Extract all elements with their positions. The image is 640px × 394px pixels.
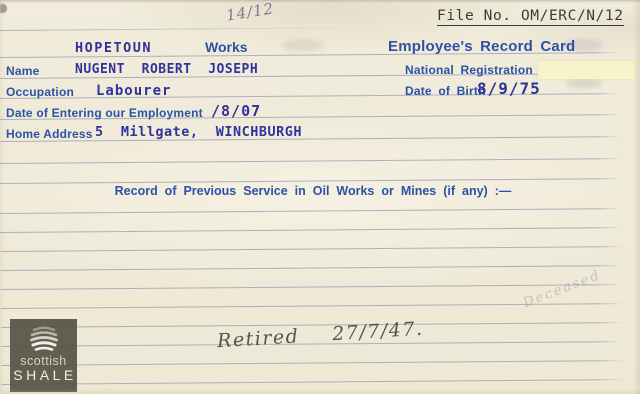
national-registration-label: National Registration No.: [405, 63, 559, 77]
watermark-text-scottish: scottish: [20, 354, 66, 368]
date-of-birth-label: Date of Birth: [405, 84, 486, 98]
occupation-value: Labourer: [96, 83, 171, 99]
national-registration-blank: [538, 61, 635, 79]
ruled-line: [0, 208, 622, 214]
employment-entry-value: /8/07: [211, 102, 261, 120]
ruled-line: [0, 27, 359, 31]
ruled-line: [1, 265, 623, 271]
home-address-label: Home Address: [6, 127, 93, 141]
ruled-line: [0, 246, 622, 252]
card-title: Employee's Record Card: [388, 38, 575, 55]
ruled-line: [0, 227, 622, 233]
watermark-text-shale: SHALE: [13, 368, 76, 383]
employee-record-card: File No. OM/ERC/N/12 14/12 HOPETOUN Work…: [0, 0, 640, 394]
ruled-line: [0, 158, 622, 164]
faint-pencil-note: Deceased: [521, 267, 603, 311]
home-address-value: 5 Millgate, WINCHBURGH: [95, 124, 302, 140]
works-name-typed: HOPETOUN: [75, 40, 152, 56]
ruled-line: [0, 136, 622, 142]
globe-icon: [27, 324, 61, 352]
scan-smudge: [282, 39, 324, 52]
scan-corner-mark: [0, 4, 7, 13]
name-value: NUGENT ROBERT JOSEPH: [75, 62, 258, 77]
retired-note: Retired 27/7/47.: [217, 318, 425, 353]
ruled-line: [1, 360, 623, 366]
file-number: File No. OM/ERC/N/12: [437, 8, 624, 26]
date-of-birth-value: 8/9/75: [477, 79, 541, 98]
pencil-note-top: 14/12: [225, 0, 275, 25]
works-label: Works: [205, 39, 248, 55]
name-label: Name: [6, 64, 39, 78]
occupation-label: Occupation: [6, 85, 74, 99]
ruled-line: [1, 379, 623, 385]
scottish-shale-watermark: scottish SHALE: [10, 319, 77, 392]
ruled-line: [1, 284, 623, 290]
previous-service-heading: Record of Previous Service in Oil Works …: [0, 184, 626, 198]
employment-entry-label: Date of Entering our Employment: [6, 106, 203, 120]
scan-smudge: [566, 78, 602, 88]
